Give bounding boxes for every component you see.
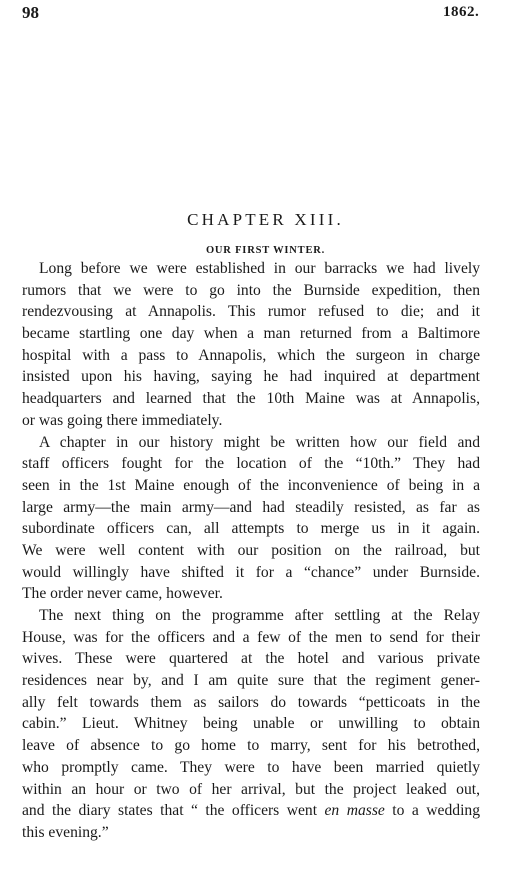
paragraph-1: Long before we were established in our b… (22, 258, 480, 432)
text-line: House, was for the officers and a few of… (22, 627, 480, 649)
text-line: seen in the 1st Maine enough of the inco… (22, 475, 480, 497)
text-line: this evening.” (22, 822, 480, 844)
text-line: became startling one day when a man retu… (22, 323, 480, 345)
text-line: Long before we were established in our b… (22, 258, 480, 280)
text-line: hospital with a pass to Annapolis, which… (22, 345, 480, 367)
text-segment: and the diary states that “ the officers… (22, 802, 325, 819)
text-line: The order never came, however. (22, 583, 480, 605)
text-line: headquarters and learned that the 10th M… (22, 388, 480, 410)
text-line: leave of absence to go home to marry, se… (22, 735, 480, 757)
body-text: Long before we were established in our b… (22, 258, 480, 844)
chapter-title: CHAPTER XIII. (0, 210, 531, 230)
text-line: wives. These were quartered at the hotel… (22, 648, 480, 670)
text-line: ally felt towards them as sailors do tow… (22, 692, 480, 714)
text-line: who promptly came. They were to have bee… (22, 757, 480, 779)
page-number: 98 (22, 3, 39, 23)
text-line: We were well content with our position o… (22, 540, 480, 562)
text-line: or was going there immediately. (22, 410, 480, 432)
text-line: residences near by, and I am quite sure … (22, 670, 480, 692)
text-line: insisted upon his having, saying he had … (22, 366, 480, 388)
text-segment: to a wedding (385, 802, 480, 819)
chapter-subtitle: OUR FIRST WINTER. (0, 245, 531, 256)
text-line: rendezvousing at Annapolis. This rumor r… (22, 301, 480, 323)
text-line: and the diary states that “ the officers… (22, 800, 480, 822)
running-head-year: 1862. (443, 4, 479, 21)
paragraph-3: The next thing on the programme after se… (22, 605, 480, 844)
text-line: large army—the main army—and had steadil… (22, 497, 480, 519)
text-line: A chapter in our history might be writte… (22, 432, 480, 454)
text-line: rumors that we were to go into the Burns… (22, 280, 480, 302)
italic-phrase: en masse (325, 802, 385, 819)
text-line: would willingly have shifted it for a “c… (22, 562, 480, 584)
paragraph-2: A chapter in our history might be writte… (22, 432, 480, 606)
text-line: within an hour or two of her arrival, bu… (22, 779, 480, 801)
text-line: staff officers fought for the location o… (22, 453, 480, 475)
text-line: subordinate officers can, all attempts t… (22, 518, 480, 540)
text-line: cabin.” Lieut. Whitney being unable or u… (22, 713, 480, 735)
text-line: The next thing on the programme after se… (22, 605, 480, 627)
